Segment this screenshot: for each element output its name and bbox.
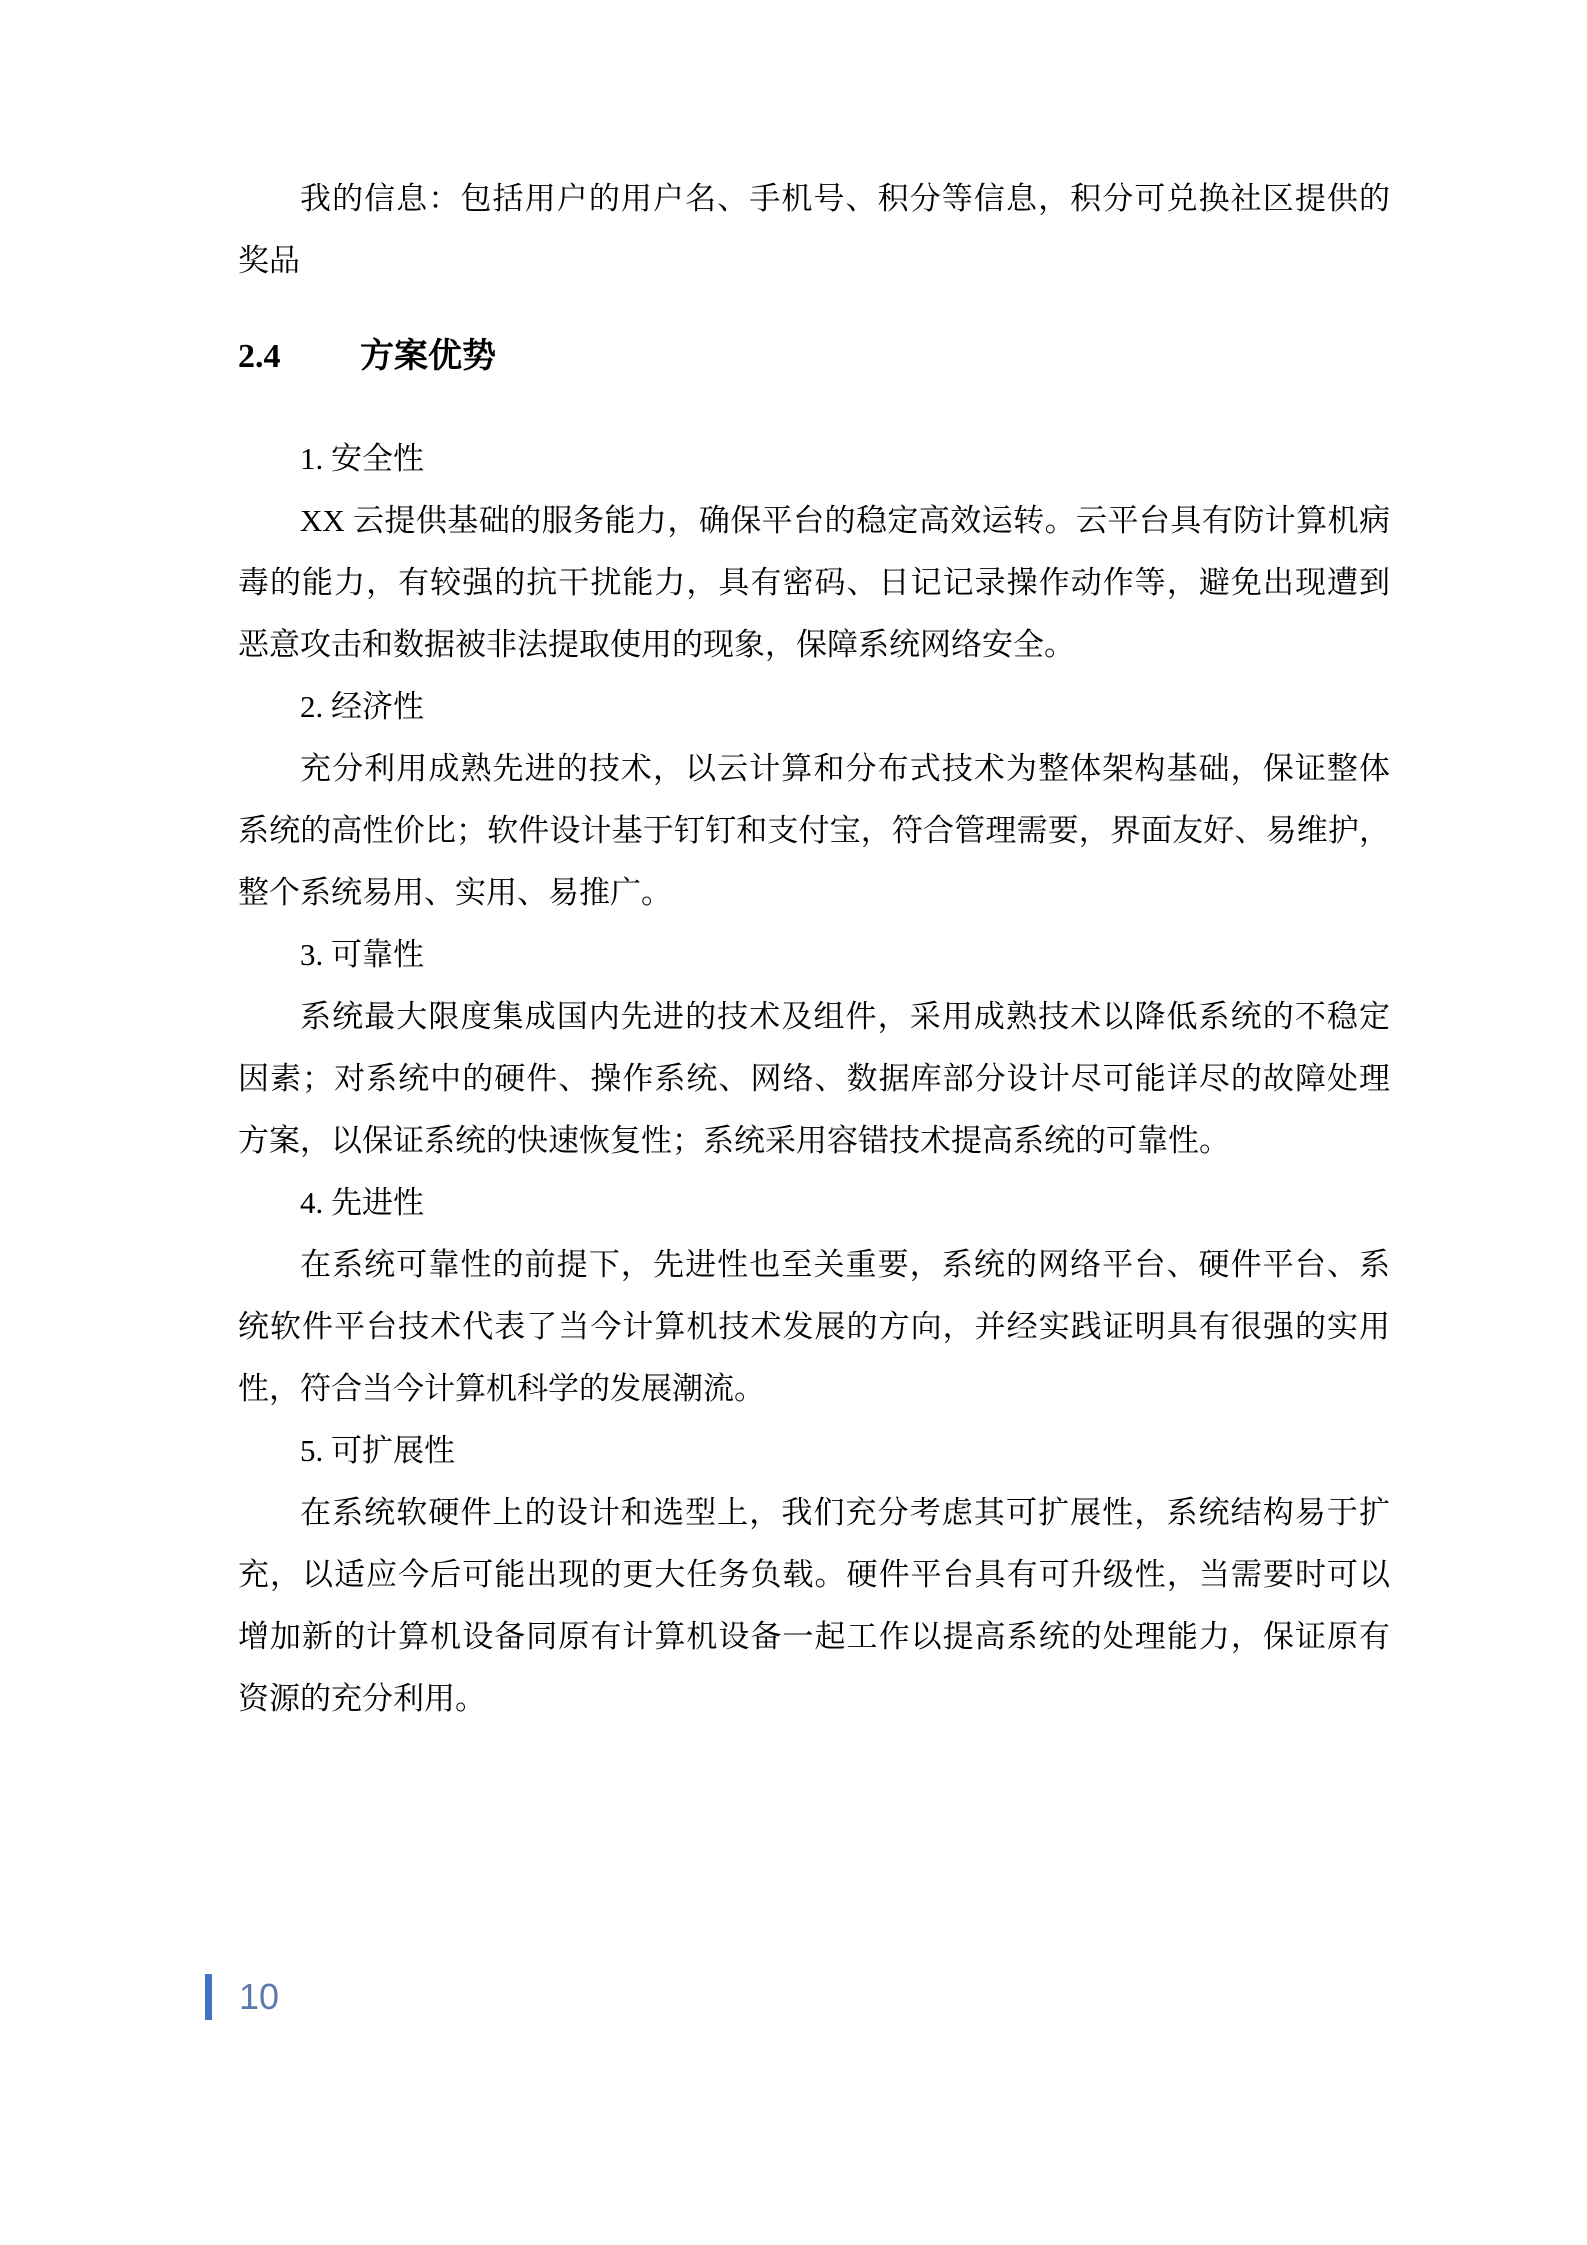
- text-line: 1. 安全性: [238, 428, 1390, 490]
- text-line: 统软件平台技术代表了当今计算机技术发展的方向，并经实践证明具有很强的实用: [238, 1296, 1390, 1358]
- page-number: 10: [239, 1966, 279, 2028]
- page-footer: 10: [205, 1966, 279, 2028]
- text-line: 资源的充分利用。: [238, 1668, 1390, 1730]
- text-line: XX 云提供基础的服务能力，确保平台的稳定高效运转。云平台具有防计算机病: [238, 490, 1390, 552]
- paragraph: 3. 可靠性: [238, 924, 1390, 986]
- text-line: 4. 先进性: [238, 1172, 1390, 1234]
- heading-number: 2.4: [238, 326, 360, 388]
- text-line: 在系统软硬件上的设计和选型上，我们充分考虑其可扩展性，系统结构易于扩: [238, 1482, 1390, 1544]
- text-line: 毒的能力，有较强的抗干扰能力，具有密码、日记记录操作动作等，避免出现遭到: [238, 552, 1390, 614]
- text-line: 系统最大限度集成国内先进的技术及组件，采用成熟技术以降低系统的不稳定: [238, 986, 1390, 1048]
- document-body: 我的信息：包括用户的用户名、手机号、积分等信息，积分可兑换社区提供的奖品2.4方…: [238, 168, 1390, 1730]
- document-page: 我的信息：包括用户的用户名、手机号、积分等信息，积分可兑换社区提供的奖品2.4方…: [0, 0, 1587, 2245]
- paragraph: 在系统可靠性的前提下，先进性也至关重要，系统的网络平台、硬件平台、系统软件平台技…: [238, 1234, 1390, 1420]
- text-line: 3. 可靠性: [238, 924, 1390, 986]
- paragraph: 4. 先进性: [238, 1172, 1390, 1234]
- text-line: 5. 可扩展性: [238, 1420, 1390, 1482]
- paragraph: 2. 经济性: [238, 676, 1390, 738]
- text-line: 方案，以保证系统的快速恢复性；系统采用容错技术提高系统的可靠性。: [238, 1110, 1390, 1172]
- text-line: 2. 经济性: [238, 676, 1390, 738]
- paragraph: 在系统软硬件上的设计和选型上，我们充分考虑其可扩展性，系统结构易于扩充，以适应今…: [238, 1482, 1390, 1730]
- text-line: 整个系统易用、实用、易推广。: [238, 862, 1390, 924]
- text-line: 性，符合当今计算机科学的发展潮流。: [238, 1358, 1390, 1420]
- text-line: 系统的高性价比；软件设计基于钉钉和支付宝，符合管理需要，界面友好、易维护，: [238, 800, 1390, 862]
- paragraph: 我的信息：包括用户的用户名、手机号、积分等信息，积分可兑换社区提供的奖品: [238, 168, 1390, 292]
- text-line: 在系统可靠性的前提下，先进性也至关重要，系统的网络平台、硬件平台、系: [238, 1234, 1390, 1296]
- text-line: 充，以适应今后可能出现的更大任务负载。硬件平台具有可升级性，当需要时可以: [238, 1544, 1390, 1606]
- section-heading: 2.4方案优势: [238, 326, 1390, 388]
- text-line: 我的信息：包括用户的用户名、手机号、积分等信息，积分可兑换社区提供的: [238, 168, 1390, 230]
- paragraph: 充分利用成熟先进的技术，以云计算和分布式技术为整体架构基础，保证整体系统的高性价…: [238, 738, 1390, 924]
- text-line: 增加新的计算机设备同原有计算机设备一起工作以提高系统的处理能力，保证原有: [238, 1606, 1390, 1668]
- paragraph: XX 云提供基础的服务能力，确保平台的稳定高效运转。云平台具有防计算机病毒的能力…: [238, 490, 1390, 676]
- heading-title: 方案优势: [360, 338, 496, 375]
- text-line: 因素；对系统中的硬件、操作系统、网络、数据库部分设计尽可能详尽的故障处理: [238, 1048, 1390, 1110]
- text-line: 充分利用成熟先进的技术，以云计算和分布式技术为整体架构基础，保证整体: [238, 738, 1390, 800]
- footer-accent-bar: [205, 1974, 212, 2020]
- text-line: 奖品: [238, 230, 1390, 292]
- paragraph: 1. 安全性: [238, 428, 1390, 490]
- paragraph: 系统最大限度集成国内先进的技术及组件，采用成熟技术以降低系统的不稳定因素；对系统…: [238, 986, 1390, 1172]
- paragraph: 5. 可扩展性: [238, 1420, 1390, 1482]
- text-line: 恶意攻击和数据被非法提取使用的现象，保障系统网络安全。: [238, 614, 1390, 676]
